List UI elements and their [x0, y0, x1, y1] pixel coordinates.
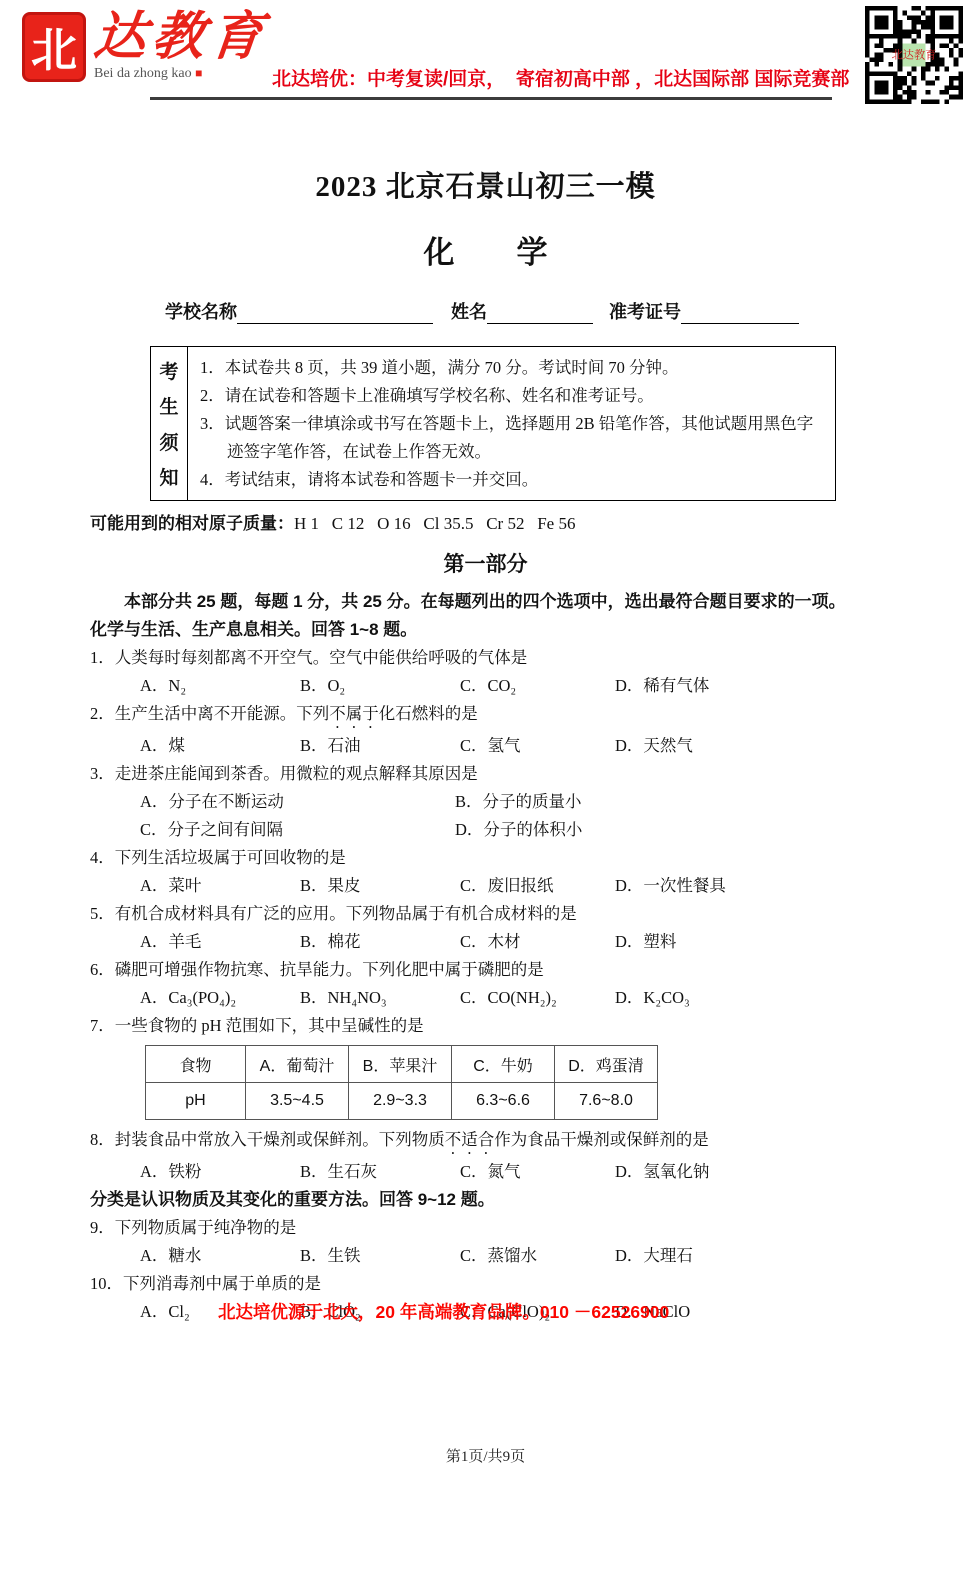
watermark-text: 北达培优源于北大，20 年高端教育品牌。010 －62526900 — [218, 1298, 669, 1326]
stem-text: 不属于 — [329, 704, 379, 723]
option-row: A．N₂B．O₂C．CO₂D．稀有气体 — [140, 672, 881, 700]
option-row: A．分子在不断运动B．分子的质量小C．分子之间有间隔D．分子的体积小 — [140, 788, 881, 844]
question-stem: 9．下列物质属于纯净物的是 — [90, 1214, 881, 1242]
atomic-mass-values: H 1 C 12 O 16 Cl 35.5 Cr 52 Fe 56 — [294, 514, 575, 533]
option-row: A．铁粉B．生石灰C．氮气D．氢氧化钠 — [140, 1158, 881, 1186]
question-stem: 1．人类每时每刻都离不开空气。空气中能供给呼吸的气体是 — [90, 644, 881, 672]
option: A．菜叶 — [140, 872, 300, 900]
option: C．CO(NH₂)₂ — [460, 984, 615, 1012]
question-list: 化学与生活、生产息息相关。回答 1~8 题。1．人类每时每刻都离不开空气。空气中… — [90, 616, 881, 1326]
ph-table-cell: 6.3~6.6 — [452, 1083, 555, 1120]
exam-id-blank-field — [681, 304, 799, 324]
question-stem: 7．一些食物的 pH 范围如下，其中呈碱性的是 — [90, 1012, 881, 1040]
stem-text: 下列生活垃圾属于可回收物的是 — [115, 848, 346, 867]
option: D．塑料 — [615, 928, 881, 956]
header-slogan: 北达培优：中考复读/回京， 寄宿初高中部 ，北达国际部 国际竞赛部 — [272, 64, 849, 91]
option: B．生石灰 — [300, 1158, 460, 1186]
question-stem: 10．下列消毒剂中属于单质的是 — [90, 1270, 881, 1298]
stem-text: 人类每时每刻都离不开空气。空气中能供给呼吸的气体是 — [115, 648, 528, 667]
ph-table-cell: 7.6~8.0 — [555, 1083, 658, 1120]
option: B．O₂ — [300, 672, 460, 700]
option-row: A．煤B．石油C．氢气D．天然气 — [140, 732, 881, 760]
exam-paper-page: 北 达教育 Bei da zhong kao ■ 北达培优：中考复读/回京， 寄… — [0, 0, 971, 1572]
question-stem: 8．封装食品中常放入干燥剂或保鲜剂。下列物质不适合作为食品干燥剂或保鲜剂的是 — [90, 1126, 881, 1158]
question: 3．走进茶庄能闻到茶香。用微粒的观点解释其原因是A．分子在不断运动B．分子的质量… — [90, 760, 881, 844]
atomic-mass-label: 可能用到的相对原子质量： — [90, 514, 294, 533]
question-number: 1． — [90, 644, 115, 672]
student-info-row: 学校名称 姓名 准考证号 — [165, 298, 881, 324]
stem-text: 生产生活中离不开能源。下列 — [115, 704, 330, 723]
stem-text: 走进茶庄能闻到茶香。用微粒的观点解释其原因是 — [115, 764, 478, 783]
option: C．氢气 — [460, 732, 615, 760]
notice-side-label: 考 生 须 知 — [151, 347, 188, 500]
question-number: 2． — [90, 700, 115, 728]
option-row: A．Ca₃(PO₄)₂B．NH₄NO₃C．CO(NH₂)₂D．K₂CO₃ — [140, 984, 881, 1012]
stem-text: 不适合 — [445, 1130, 495, 1149]
question: 5．有机合成材料具有广泛的应用。下列物品属于有机合成材料的是A．羊毛B．棉花C．… — [90, 900, 881, 956]
option: B．分子的质量小 — [455, 788, 881, 816]
ph-table-cell: B．苹果汁 — [349, 1046, 452, 1083]
exam-id-label: 准考证号 — [609, 298, 681, 324]
question-number: 6． — [90, 956, 115, 984]
stem-text: 一些食物的 pH 范围如下，其中呈碱性的是 — [115, 1016, 424, 1035]
notice-item: 4．考试结束，请将本试卷和答题卡一并交回。 — [200, 466, 825, 494]
section-topic: 化学与生活、生产息息相关。回答 1~8 题。 — [90, 616, 881, 644]
notice-items: 1．本试卷共 8 页，共 39 道小题，满分 70 分。考试时间 70 分钟。 … — [188, 347, 835, 500]
option: B．果皮 — [300, 872, 460, 900]
option: A．分子在不断运动 — [140, 788, 455, 816]
option: C．氮气 — [460, 1158, 615, 1186]
qr-code-svg: 北达教育 — [865, 6, 963, 104]
ph-table-cell: C．牛奶 — [452, 1046, 555, 1083]
question-number: 10． — [90, 1270, 123, 1298]
question: 8．封装食品中常放入干燥剂或保鲜剂。下列物质不适合作为食品干燥剂或保鲜剂的是A．… — [90, 1126, 881, 1186]
stem-text: 化石燃料的是 — [379, 704, 478, 723]
examinee-notice-box: 考 生 须 知 1．本试卷共 8 页，共 39 道小题，满分 70 分。考试时间… — [150, 346, 836, 501]
question-stem: 4．下列生活垃圾属于可回收物的是 — [90, 844, 881, 872]
content: 2023 北京石景山初三一模 化 学 学校名称 姓名 准考证号 考 生 须 知 … — [0, 164, 971, 1326]
ph-table-cell: A．葡萄汁 — [246, 1046, 349, 1083]
ph-table-row: pH3.5~4.52.9~3.36.3~6.67.6~8.0 — [146, 1083, 658, 1120]
page-title: 2023 北京石景山初三一模 — [90, 164, 881, 205]
question-stem: 5．有机合成材料具有广泛的应用。下列物品属于有机合成材料的是 — [90, 900, 881, 928]
option-row: A．菜叶B．果皮C．废旧报纸D．一次性餐具 — [140, 872, 881, 900]
ph-table-cell: 3.5~4.5 — [246, 1083, 349, 1120]
stem-text: 磷肥可增强作物抗寒、抗旱能力。下列化肥中属于磷肥的是 — [115, 960, 544, 979]
logo-subtitle: Bei da zhong kao ■ — [94, 66, 268, 82]
logo: 北 达教育 Bei da zhong kao ■ — [22, 12, 268, 82]
option: D．大理石 — [615, 1242, 881, 1270]
notice-side-char: 生 — [159, 392, 178, 419]
svg-text:北达教育: 北达教育 — [892, 47, 937, 61]
stem-text: 有机合成材料具有广泛的应用。下列物品属于有机合成材料的是 — [115, 904, 577, 923]
option: A．羊毛 — [140, 928, 300, 956]
option: C．分子之间有间隔 — [140, 816, 455, 844]
stem-text: 作为食品干燥剂或保鲜剂的是 — [494, 1130, 709, 1149]
question-number: 4． — [90, 844, 115, 872]
ph-table-row: 食物A．葡萄汁B．苹果汁C．牛奶D．鸡蛋清 — [146, 1046, 658, 1083]
name-blank-field — [487, 304, 593, 324]
ph-table-cell: 2.9~3.3 — [349, 1083, 452, 1120]
subject-title: 化 学 — [90, 227, 881, 272]
stem-text: 下列物质属于纯净物的是 — [115, 1218, 297, 1237]
stem-text: 下列消毒剂中属于单质的是 — [123, 1274, 321, 1293]
option-row: A．Cl₂B．ClO₂C．Ca(ClO)₂D．NaClO北达培优源于北大，20 … — [140, 1298, 881, 1326]
question: 10．下列消毒剂中属于单质的是A．Cl₂B．ClO₂C．Ca(ClO)₂D．Na… — [90, 1270, 881, 1326]
question-stem: 6．磷肥可增强作物抗寒、抗旱能力。下列化肥中属于磷肥的是 — [90, 956, 881, 984]
option: B．棉花 — [300, 928, 460, 956]
option: A．煤 — [140, 732, 300, 760]
question: 6．磷肥可增强作物抗寒、抗旱能力。下列化肥中属于磷肥的是A．Ca₃(PO₄)₂B… — [90, 956, 881, 1012]
notice-side-char: 知 — [159, 463, 178, 490]
notice-item: 2．请在试卷和答题卡上准确填写学校名称、姓名和准考证号。 — [200, 382, 825, 410]
option: D．天然气 — [615, 732, 881, 760]
stem-text: 封装食品中常放入干燥剂或保鲜剂。下列物质 — [115, 1130, 445, 1149]
option: C．CO₂ — [460, 672, 615, 700]
notice-side-char: 考 — [159, 357, 178, 384]
option: B．NH₄NO₃ — [300, 984, 460, 1012]
notice-item: 3．试题答案一律填涂或书写在答题卡上，选择题用 2B 铅笔作答，其他试题用黑色字… — [200, 410, 825, 466]
option: D．一次性餐具 — [615, 872, 881, 900]
option: A．铁粉 — [140, 1158, 300, 1186]
option: D．分子的体积小 — [455, 816, 881, 844]
option: C．蒸馏水 — [460, 1242, 615, 1270]
school-label: 学校名称 — [165, 298, 237, 324]
header-divider — [150, 97, 832, 100]
option: B．生铁 — [300, 1242, 460, 1270]
notice-item: 1．本试卷共 8 页，共 39 道小题，满分 70 分。考试时间 70 分钟。 — [200, 354, 825, 382]
question: 2．生产生活中离不开能源。下列不属于化石燃料的是A．煤B．石油C．氢气D．天然气 — [90, 700, 881, 760]
logo-text-block: 达教育 Bei da zhong kao ■ — [94, 12, 268, 82]
page-number: 第1页/共9页 — [0, 1445, 971, 1466]
question-number: 3． — [90, 760, 115, 788]
qr-code: 北达教育 — [865, 6, 963, 104]
ph-table: 食物A．葡萄汁B．苹果汁C．牛奶D．鸡蛋清pH3.5~4.52.9~3.36.3… — [145, 1045, 658, 1120]
red-square-icon: ■ — [195, 66, 202, 80]
question-number: 8． — [90, 1126, 115, 1154]
question: 4．下列生活垃圾属于可回收物的是A．菜叶B．果皮C．废旧报纸D．一次性餐具 — [90, 844, 881, 900]
logo-script-text: 达教育 — [91, 12, 270, 64]
header: 北 达教育 Bei da zhong kao ■ 北达培优：中考复读/回京， 寄… — [0, 0, 971, 106]
question: 9．下列物质属于纯净物的是A．糖水B．生铁C．蒸馏水D．大理石 — [90, 1214, 881, 1270]
atomic-mass-line: 可能用到的相对原子质量：H 1 C 12 O 16 Cl 35.5 Cr 52 … — [90, 509, 881, 534]
question-number: 7． — [90, 1012, 115, 1040]
name-label: 姓名 — [451, 298, 487, 324]
ph-table-cell: pH — [146, 1083, 246, 1120]
question-number: 5． — [90, 900, 115, 928]
option: D．稀有气体 — [615, 672, 881, 700]
question-stem: 3．走进茶庄能闻到茶香。用微粒的观点解释其原因是 — [90, 760, 881, 788]
option: B．石油 — [300, 732, 460, 760]
option: C．废旧报纸 — [460, 872, 615, 900]
school-blank-field — [237, 304, 433, 324]
option: D．K₂CO₃ — [615, 984, 881, 1012]
section-topic: 分类是认识物质及其变化的重要方法。回答 9~12 题。 — [90, 1186, 881, 1214]
part1-intro: 本部分共 25 题，每题 1 分，共 25 分。在每题列出的四个选项中，选出最符… — [90, 588, 881, 616]
question-number: 9． — [90, 1214, 115, 1242]
question-stem: 2．生产生活中离不开能源。下列不属于化石燃料的是 — [90, 700, 881, 732]
question: 1．人类每时每刻都离不开空气。空气中能供给呼吸的气体是A．N₂B．O₂C．CO₂… — [90, 644, 881, 700]
option: A．N₂ — [140, 672, 300, 700]
part1-title: 第一部分 — [90, 548, 881, 578]
option: C．木材 — [460, 928, 615, 956]
option-row: A．羊毛B．棉花C．木材D．塑料 — [140, 928, 881, 956]
option-row: A．糖水B．生铁C．蒸馏水D．大理石 — [140, 1242, 881, 1270]
logo-subtitle-text: Bei da zhong kao — [94, 66, 192, 81]
option: A．糖水 — [140, 1242, 300, 1270]
question: 7．一些食物的 pH 范围如下，其中呈碱性的是食物A．葡萄汁B．苹果汁C．牛奶D… — [90, 1012, 881, 1120]
notice-side-char: 须 — [159, 428, 178, 455]
ph-table-cell: D．鸡蛋清 — [555, 1046, 658, 1083]
logo-seal-icon: 北 — [22, 12, 86, 82]
ph-table-cell: 食物 — [146, 1046, 246, 1083]
option: A．Ca₃(PO₄)₂ — [140, 984, 300, 1012]
option: D．氢氧化钠 — [615, 1158, 881, 1186]
